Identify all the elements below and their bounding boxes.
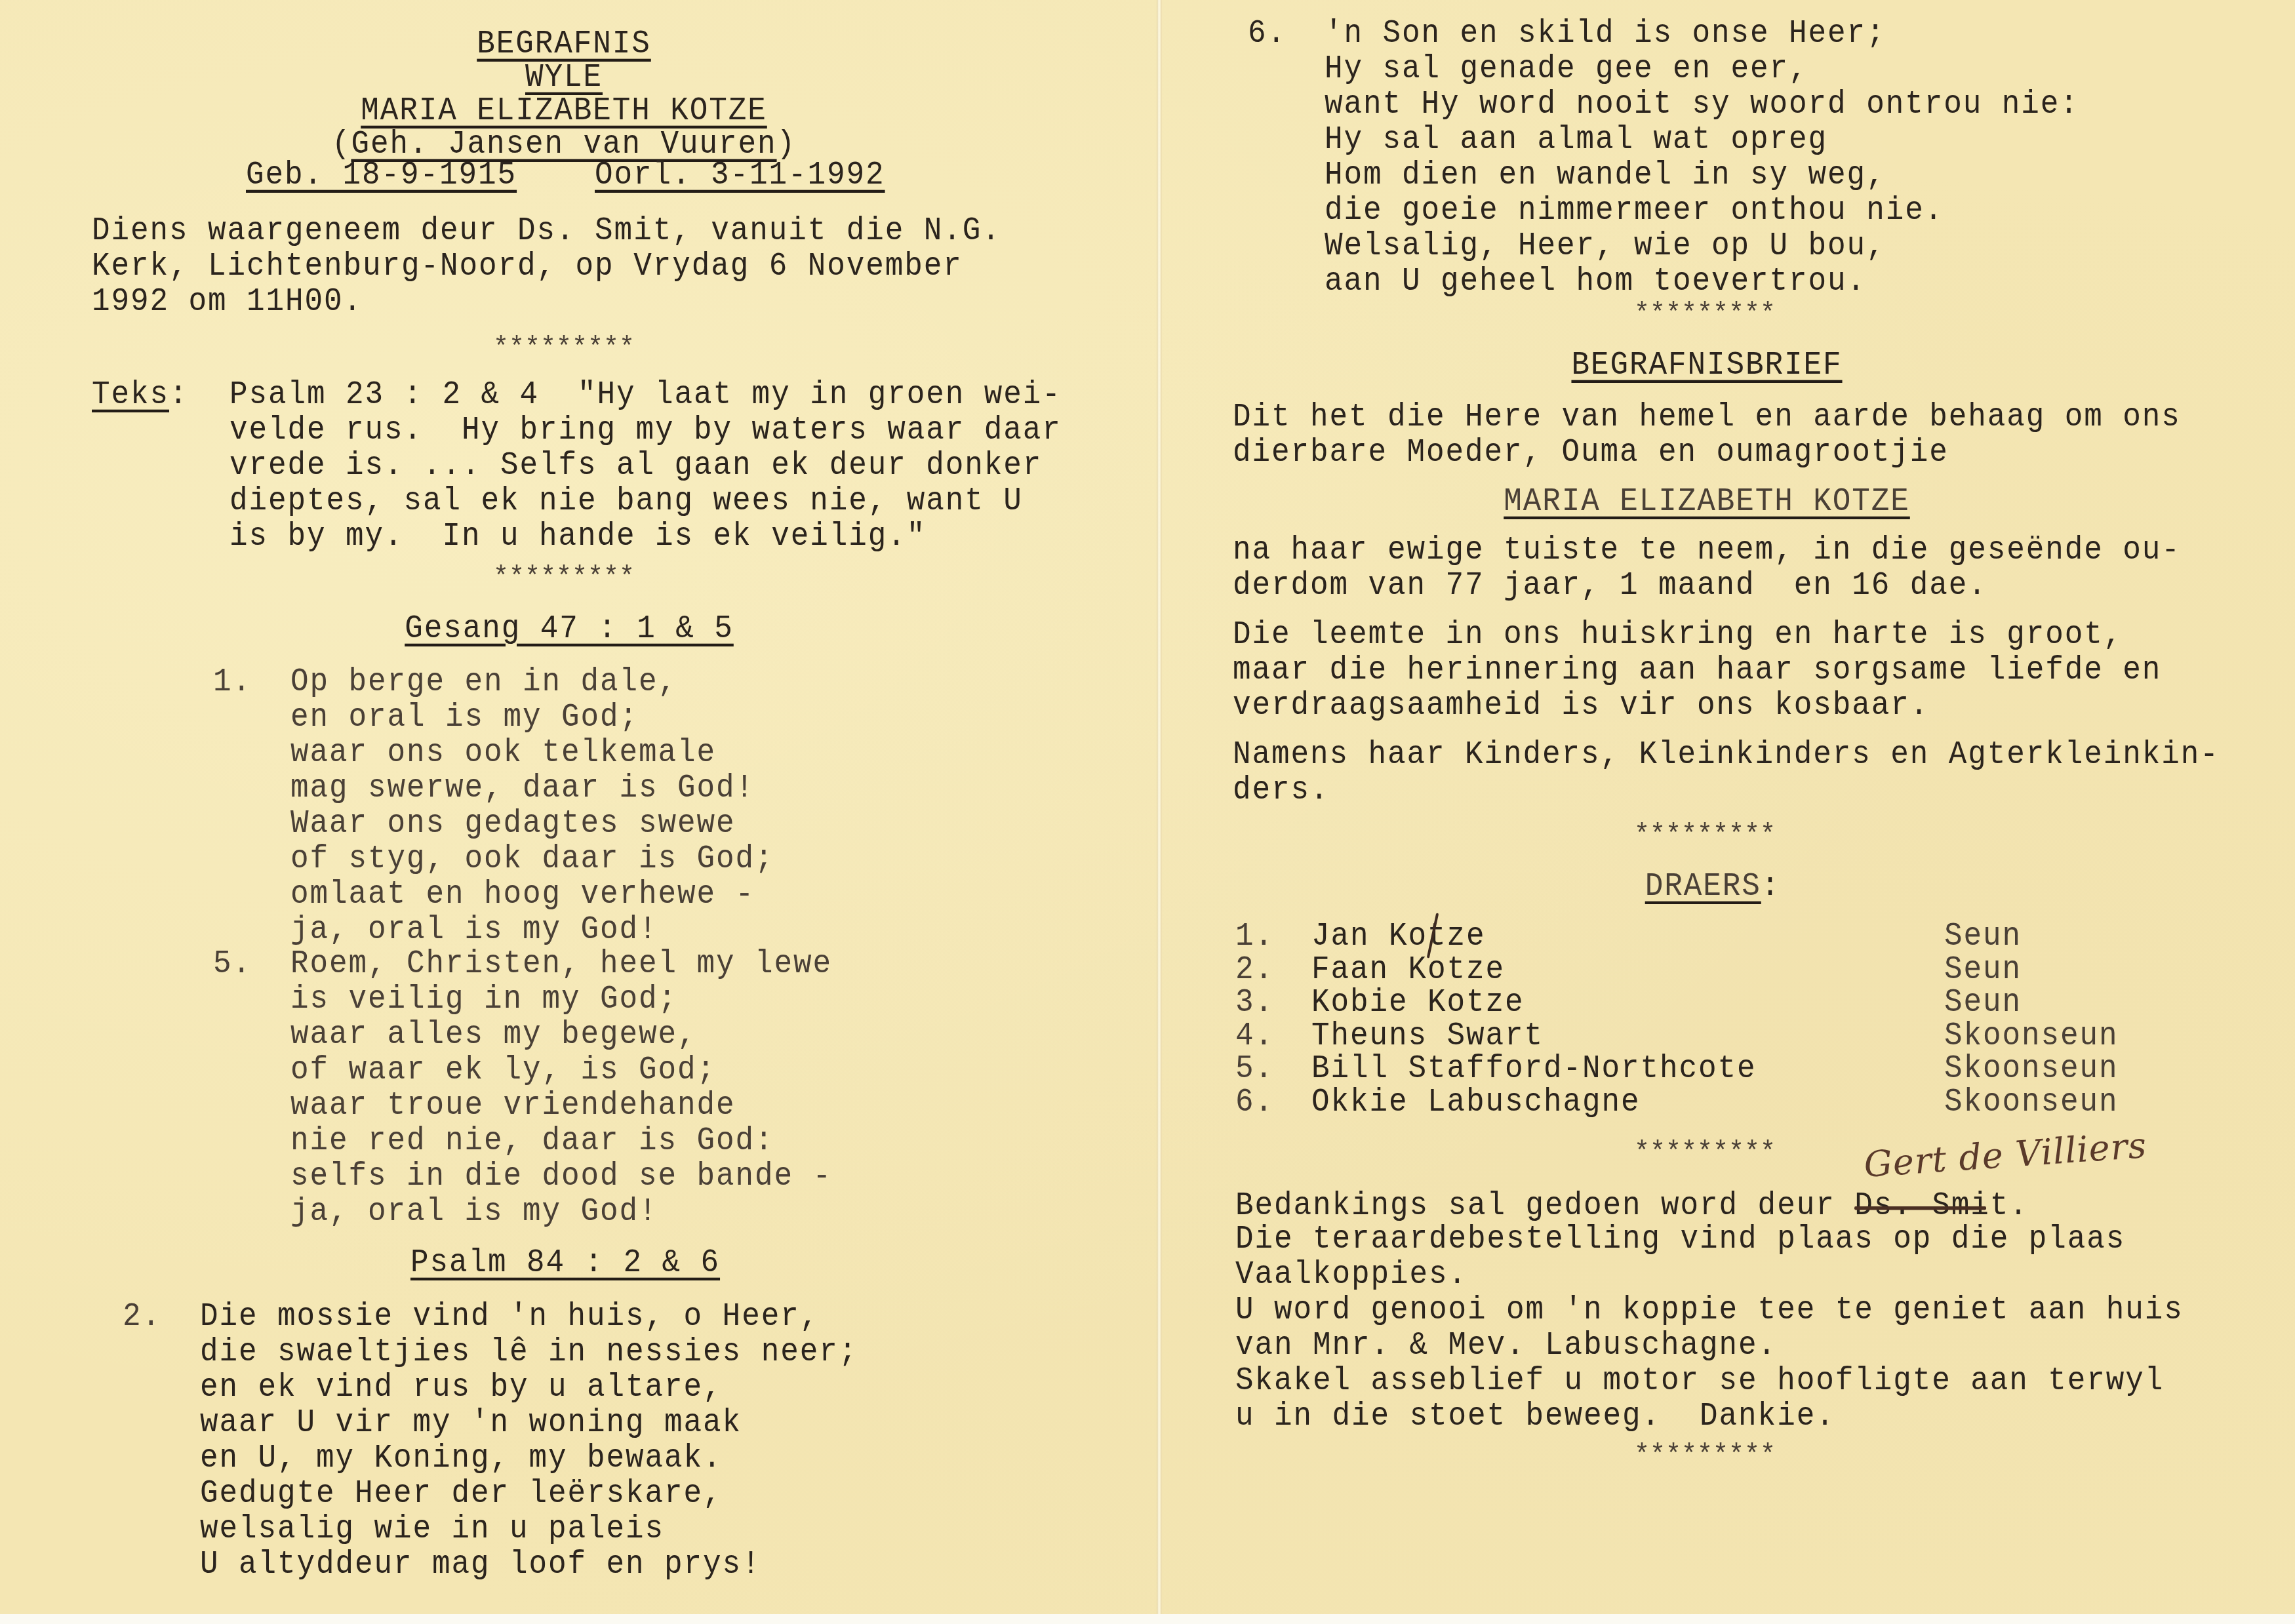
bearer-name: Bill Stafford-Northcote [1311,1051,1757,1086]
deceased-name: MARIA ELIZABETH KOTZE [361,93,767,129]
text-label: Teks: [92,377,189,412]
psalm-verse-number: 6. [1248,16,1287,51]
service-details: Diens waargeneem deur Ds. Smit, vanuit d… [92,213,1001,319]
bearer-number: 4. [1235,1018,1274,1054]
bearer-number: 2. [1235,952,1274,987]
bearer-name: Theuns Swart [1311,1018,1544,1054]
bearer-relation: Skoonseun [1944,1084,2119,1120]
separator: ********* [1634,818,1776,854]
scripture-text: Psalm 23 : 2 & 4 "Hy laat my in groen we… [229,377,1062,554]
separator: ********* [493,561,635,596]
bearer-number: 1. [1235,919,1274,954]
age-statement: na haar ewige tuiste te neem, in die ges… [1233,532,2181,603]
bearer-relation: Seun [1944,985,2022,1020]
bearer-relation: Seun [1944,952,2022,987]
bearers-title-word: DRAERS [1645,868,1761,905]
bearer-name: Faan Kotze [1311,952,1505,987]
bearer-number: 5. [1235,1051,1274,1086]
text-label-word: Teks [92,376,169,413]
bearers-title-colon: : [1761,868,1781,905]
psalm-verse-2: Die mossie vind 'n huis, o Heer, die swa… [200,1299,858,1582]
separator: ********* [1634,1438,1776,1474]
psalm-verse-6: 'n Son en skild is onse Heer; Hy sal gen… [1325,16,2079,299]
hymn-verse-number: 5. [213,946,252,981]
letter-intro: Dit het die Here van hemel en aarde beha… [1233,399,2181,470]
bearer-name: Jan Kotze [1311,919,1486,954]
bearer-number: 6. [1235,1084,1274,1120]
bearer-relation: Skoonseun [1944,1051,2119,1086]
page-fold [1157,0,1162,1614]
bearer-relation: Seun [1944,919,2022,954]
text-label-colon: : [169,376,189,413]
scan-border [0,1614,2295,1624]
hymn-verse-1: Op berge en in dale, en oral is my God; … [290,664,774,947]
closing-notes: Die teraardebestelling vind plaas op die… [1235,1221,2184,1434]
psalm-verse-number: 2. [123,1299,161,1334]
thanks-suffix: t. [1990,1187,2029,1224]
separator: ********* [1634,297,1776,332]
separator: ********* [1634,1136,1776,1171]
hymn-verse-number: 1. [213,664,252,700]
struck-minister-name: Ds. Smi [1854,1187,1990,1224]
letter-title: BEGRAFNISBRIEF [1571,347,1842,383]
hymn-verse-5: Roem, Christen, heel my lewe is veilig i… [290,946,832,1229]
deceased-name-letter: MARIA ELIZABETH KOTZE [1504,484,1910,519]
bearer-name: Kobie Kotze [1311,985,1525,1020]
death-date: Oorl. 3-11-1992 [595,157,885,193]
family-signature: Namens haar Kinders, Kleinkinders en Agt… [1233,737,2220,808]
bearers-title: DRAERS: [1645,869,1781,904]
birth-date: Geb. 18-9-1915 [246,157,517,193]
bearer-number: 3. [1235,985,1274,1020]
thanks-prefix: Bedankings sal gedoen word deur [1235,1187,1854,1224]
separator: ********* [493,331,635,366]
psalm-title: Psalm 84 : 2 & 6 [410,1245,720,1280]
program-title: BEGRAFNIS [477,26,651,62]
memory-statement: Die leemte in ons huiskring en harte is … [1233,617,2161,723]
bearer-name: Okkie Labuschagne [1311,1084,1641,1120]
thanks-line: Bedankings sal gedoen word deur Ds. Smit… [1235,1188,2029,1223]
hymn-title: Gesang 47 : 1 & 5 [405,611,734,646]
bearer-relation: Skoonseun [1944,1018,2119,1054]
program-subtitle: WYLE [525,60,603,95]
